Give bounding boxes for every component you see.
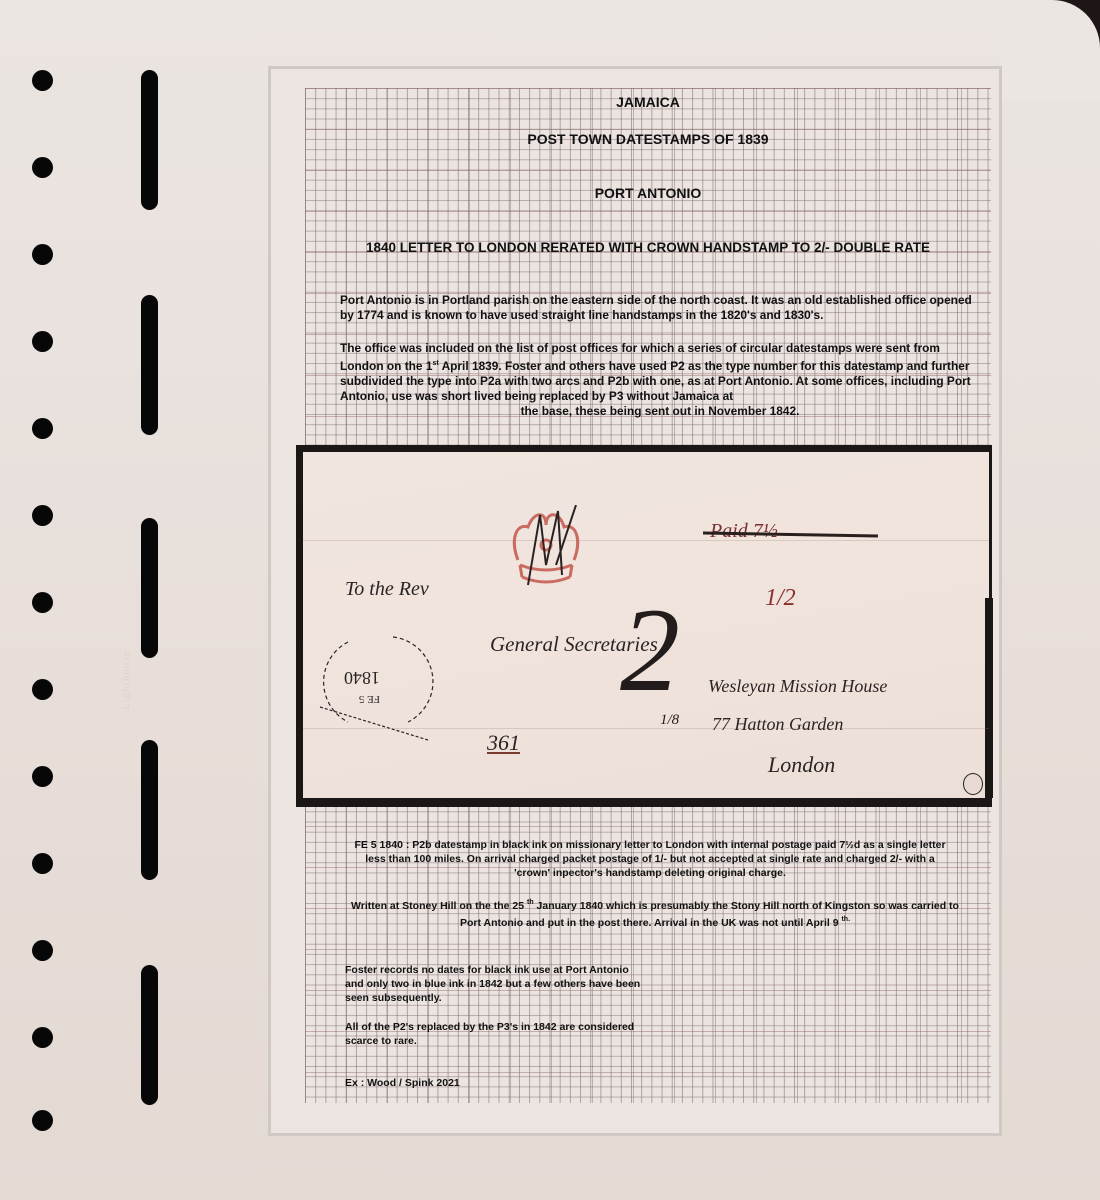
page-rounded-corner [1000,0,1100,100]
page-headline: 1840 LETTER TO LONDON RERATED WITH CROWN… [305,240,991,255]
binder-hole [32,331,53,352]
binder-slot [141,70,158,210]
address-line-5: London [768,752,835,778]
binder-slot [141,518,158,658]
binder-hole [32,853,53,874]
small-fraction-marking: 1/8 [660,712,679,729]
cover-caption-1: FE 5 1840 : P2b datestamp in black ink o… [350,838,950,880]
superscript: th [527,899,534,906]
datestamp-year: 1840 [344,668,380,688]
caption-text: Written at Stoney Hill on the the 25 [351,900,527,912]
cover-mount-edge [985,598,993,798]
series-heading: POST TOWN DATESTAMPS OF 1839 [305,131,991,147]
address-line-1: To the Rev [345,578,429,601]
circular-datestamp-icon: 1840 FE 5 [318,622,438,742]
superscript: th. [841,916,850,923]
cover-corner-number [963,773,983,795]
provenance: Ex : Wood / Spink 2021 [345,1077,460,1089]
binder-hole [32,1027,53,1048]
binder-hole [32,70,53,91]
original-charge: 1/2 [765,585,796,612]
binder-hole [32,505,53,526]
binder-slot [141,740,158,880]
caption-text: January 1840 which is presumably the Sto… [460,900,959,929]
address-line-4: 77 Hatton Garden [712,714,843,735]
crown-handstamp-icon [506,505,586,595]
datestamp-date: FE 5 [358,693,380,705]
cover-caption-2: Written at Stoney Hill on the the 25 th … [340,896,970,930]
binder-hole [32,592,53,613]
binder-slot [141,295,158,435]
album-watermark: Lighthouse [120,500,140,710]
binder-hole [32,418,53,439]
binder-slot [141,965,158,1105]
album-page: Lighthouse JAMAICA POST TOWN DATESTAMPS … [0,0,1100,1200]
binder-hole [32,157,53,178]
rerated-charge: 2 [620,590,680,710]
binder-hole [32,244,53,265]
intro-paragraph-1: Port Antonio is in Portland parish on th… [340,293,980,323]
town-heading: PORT ANTONIO [305,185,991,201]
fold-line [303,540,989,541]
scarcity-note: All of the P2's replaced by the P3's in … [345,1020,645,1048]
intro-text-last-line: the base, these being sent out in Novemb… [340,404,980,419]
intro-paragraph-2: The office was included on the list of p… [340,341,980,419]
binder-hole [32,1110,53,1131]
binder-hole [32,766,53,787]
country-heading: JAMAICA [305,94,991,110]
docket-number: 361 [487,730,520,756]
foster-records-note: Foster records no dates for black ink us… [345,963,645,1005]
binder-hole [32,940,53,961]
binder-hole [32,679,53,700]
address-line-3: Wesleyan Mission House [708,676,887,697]
